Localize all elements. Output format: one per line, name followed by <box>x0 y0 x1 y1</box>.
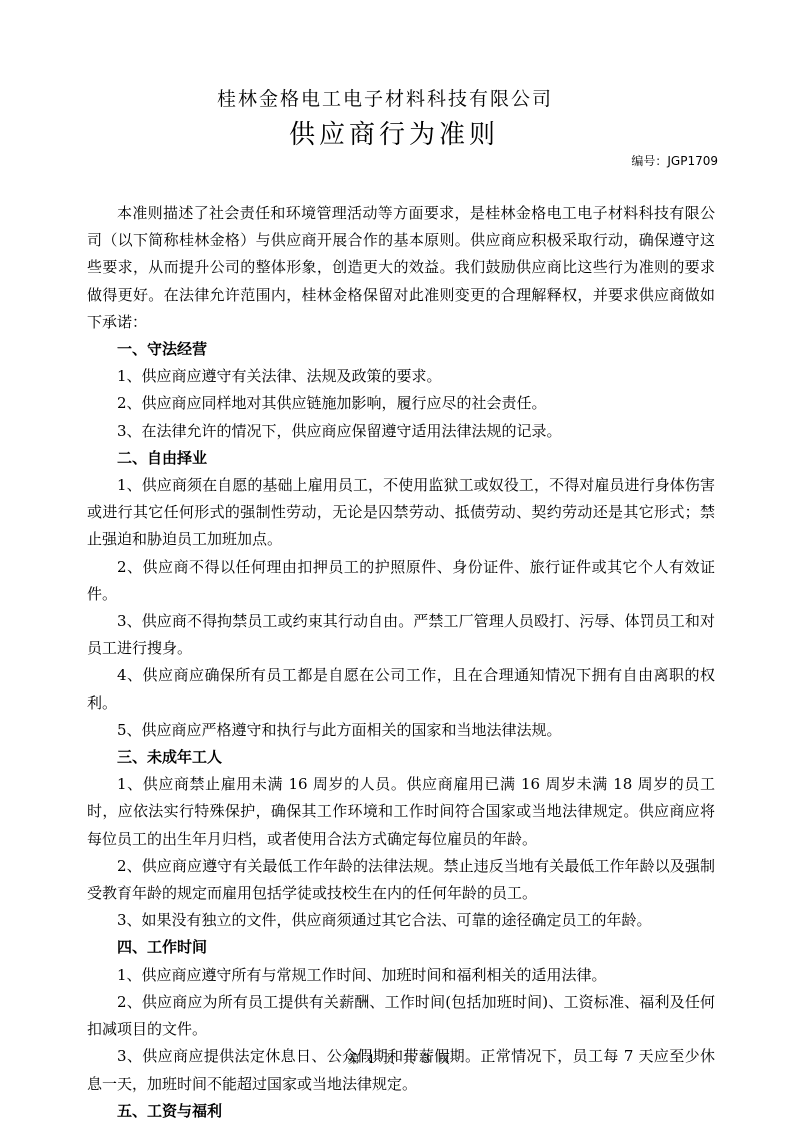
document-number: 编号：JGP1709 <box>631 152 718 169</box>
section-heading-wages-benefits: 五、工资与福利 <box>87 1098 715 1125</box>
section-heading-free-employment: 二、自由择业 <box>87 445 715 472</box>
clause: 2、供应商应遵守有关最低工作年龄的法律法规。禁止违反当地有关最低工作年龄以及强制… <box>87 853 715 907</box>
section-heading-minor-workers: 三、未成年工人 <box>87 744 715 771</box>
clause: 1、供应商应遵守所有与常规工作时间、加班时间和福利相关的适用法律。 <box>87 962 715 989</box>
section-heading-compliance: 一、守法经营 <box>87 336 715 363</box>
page-footer: 第 1 页 共 3 页 <box>0 1050 800 1067</box>
company-name-text: 桂林金格电工电子材料科技有限公司 <box>217 84 553 111</box>
clause: 1、供应商应遵守有关法律、法规及政策的要求。 <box>87 363 715 390</box>
document-title: 供应商行为准则 <box>0 114 800 151</box>
company-name: 桂林金格电工电子材料科技有限公司 <box>0 84 800 111</box>
document-title-text: 供应商行为准则 <box>289 114 499 151</box>
clause: 1、供应商禁止雇用未满 16 周岁的人员。供应商雇用已满 16 周岁未满 18 … <box>87 771 715 853</box>
clause: 4、供应商应确保所有员工都是自愿在公司工作，且在合理通知情况下拥有自由离职的权利… <box>87 662 715 716</box>
clause: 2、供应商应为所有员工提供有关薪酬、工作时间(包括加班时间)、工资标准、福利及任… <box>87 989 715 1043</box>
clause: 3、在法律允许的情况下，供应商应保留遵守适用法律法规的记录。 <box>87 418 715 445</box>
clause: 2、供应商应同样地对其供应链施加影响，履行应尽的社会责任。 <box>87 390 715 417</box>
document-body: 本准则描述了社会责任和环境管理活动等方面要求，是桂林金格电工电子材料科技有限公司… <box>87 200 715 1125</box>
clause: 3、如果没有独立的文件，供应商须通过其它合法、可靠的途径确定员工的年龄。 <box>87 907 715 934</box>
clause: 3、供应商不得拘禁员工或约束其行动自由。严禁工厂管理人员殴打、污辱、体罚员工和对… <box>87 608 715 662</box>
intro-paragraph: 本准则描述了社会责任和环境管理活动等方面要求，是桂林金格电工电子材料科技有限公司… <box>87 200 715 336</box>
section-heading-working-hours: 四、工作时间 <box>87 934 715 961</box>
clause: 5、供应商应严格遵守和执行与此方面相关的国家和当地法律法规。 <box>87 717 715 744</box>
clause: 2、供应商不得以任何理由扣押员工的护照原件、身份证件、旅行证件或其它个人有效证件… <box>87 554 715 608</box>
clause: 1、供应商须在自愿的基础上雇用员工，不使用监狱工或奴役工，不得对雇员进行身体伤害… <box>87 472 715 554</box>
